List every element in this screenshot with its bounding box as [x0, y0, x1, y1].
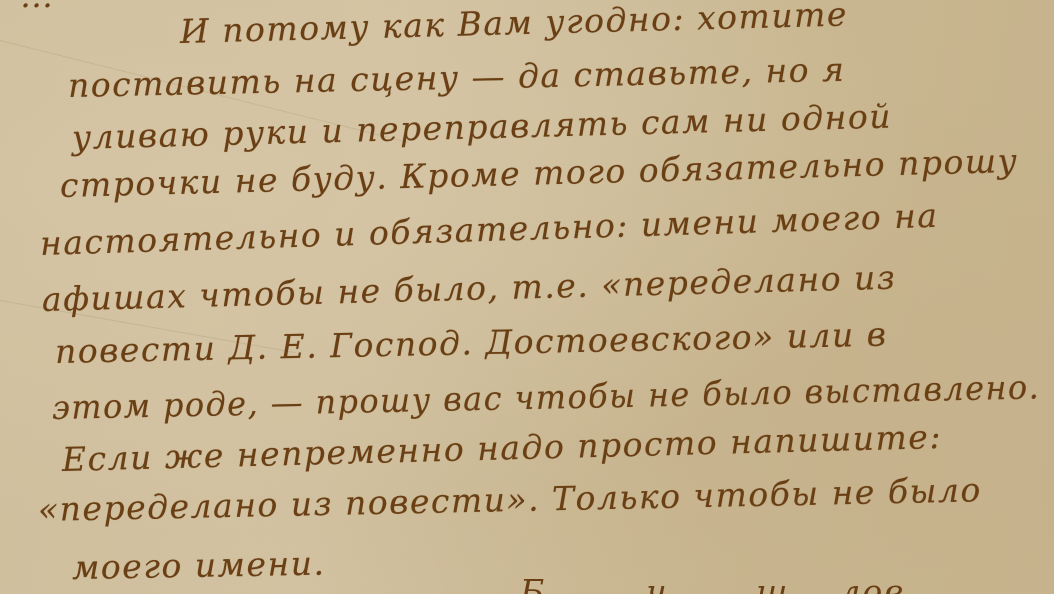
bottom-fragment: Б. . . . ч . . . ш. . лов. .	[520, 572, 1054, 594]
manuscript-line-11: моего имени.	[72, 544, 326, 587]
